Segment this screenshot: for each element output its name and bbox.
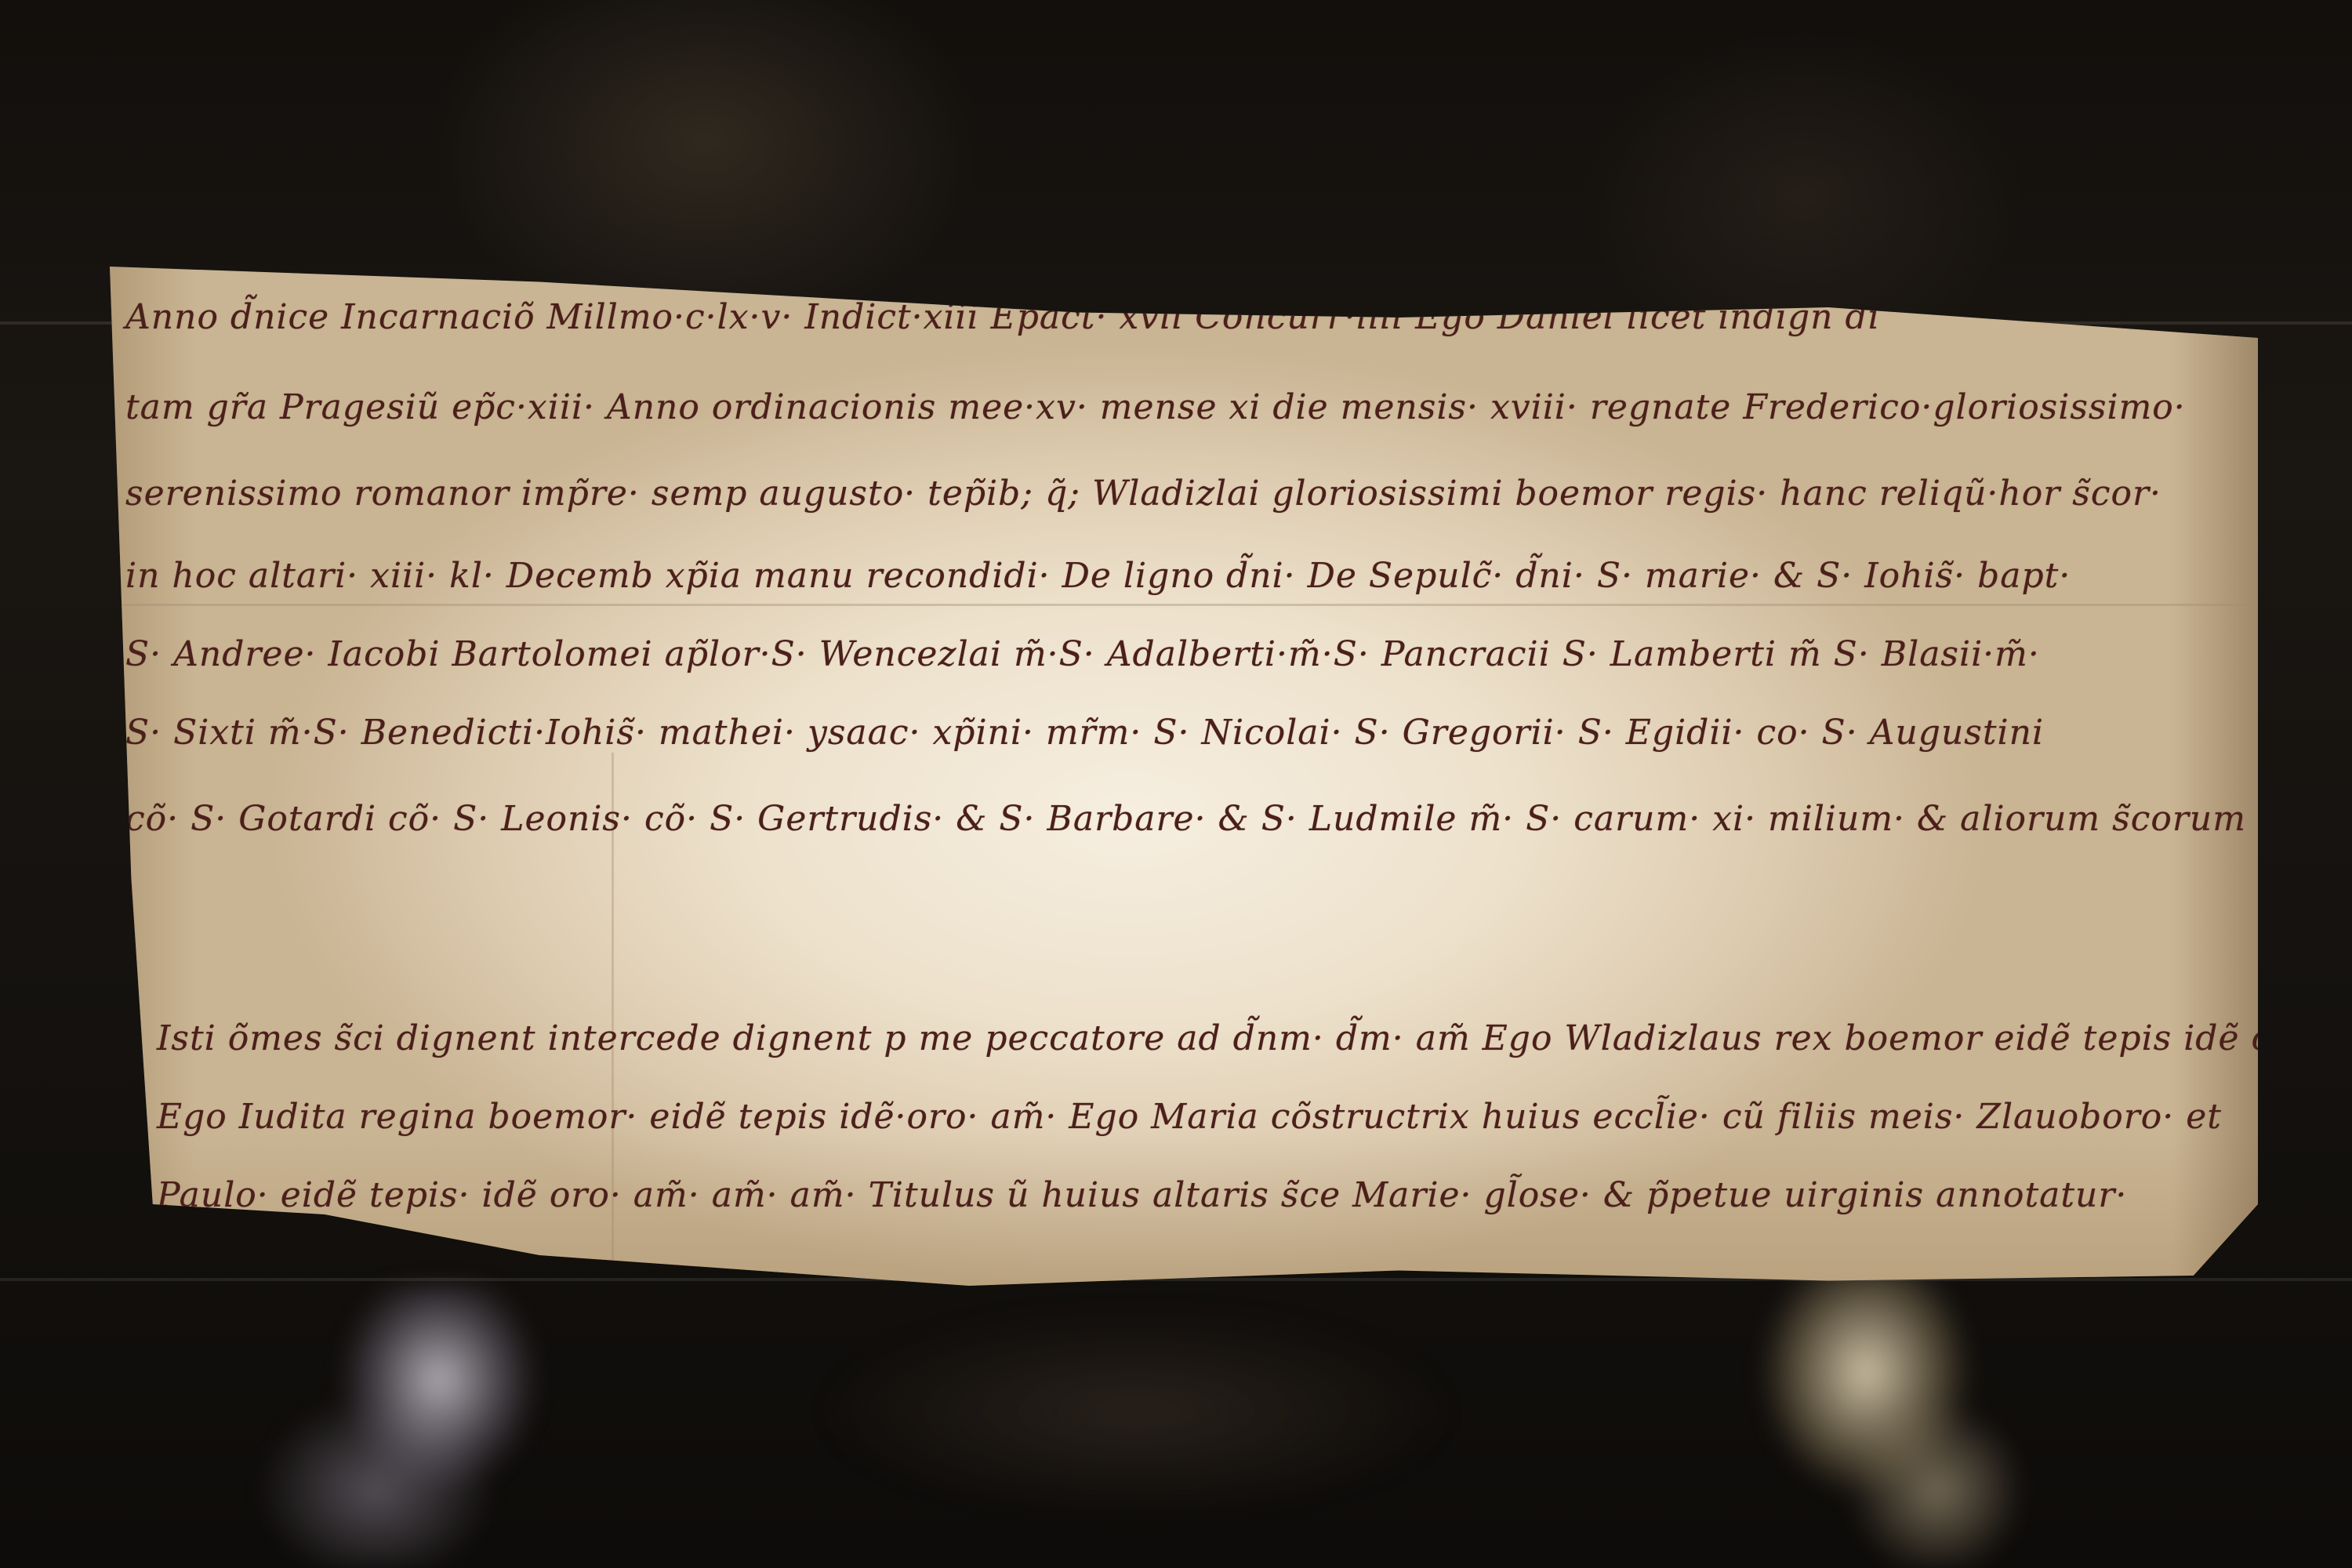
- fold-line-horizontal: [110, 604, 2258, 606]
- manuscript-line: S· Sixti m̃·S· Benedicti·Iohis̃· mathei·…: [125, 713, 2044, 753]
- manuscript-line: Anno d̃nice Incarnaciõ Millmo·c·lx·v· I…: [125, 298, 1880, 337]
- dark-reflection-center: [706, 1317, 1568, 1568]
- manuscript-line: Isti õmes s̃ci dignent intercede dignen…: [157, 1019, 2352, 1058]
- manuscript-line: in hoc altari· xiii· kl· Decemb xp̃ia ma…: [125, 557, 2071, 596]
- manuscript-line: Paulo· eidẽ tepis· idẽ oro· am̃· am̃· …: [157, 1176, 2127, 1215]
- manuscript-line: serenissimo romanor imp̃re· semp augusto…: [125, 474, 2161, 514]
- parchment-charter: Anno d̃nice Incarnaciõ Millmo·c·lx·v· I…: [110, 267, 2258, 1286]
- manuscript-line: cõ· S· Gotardi cõ· S· Leonis· cõ· S· …: [125, 800, 2246, 839]
- photo-scene: Anno d̃nice Incarnaciõ Millmo·c·lx·v· I…: [0, 0, 2352, 1568]
- manuscript-line: tam gr̃a Pragesiũ ep̃c·xiii· Anno ordin…: [125, 388, 2186, 427]
- manuscript-line: Ego Iudita regina boemor· eidẽ tepis id…: [157, 1098, 2222, 1137]
- light-reflection-right: [1607, 1270, 2156, 1568]
- manuscript-line: S· Andree· Iacobi Bartolomei ap̃lor·S· W…: [125, 635, 2040, 674]
- light-reflection-left: [141, 1286, 690, 1568]
